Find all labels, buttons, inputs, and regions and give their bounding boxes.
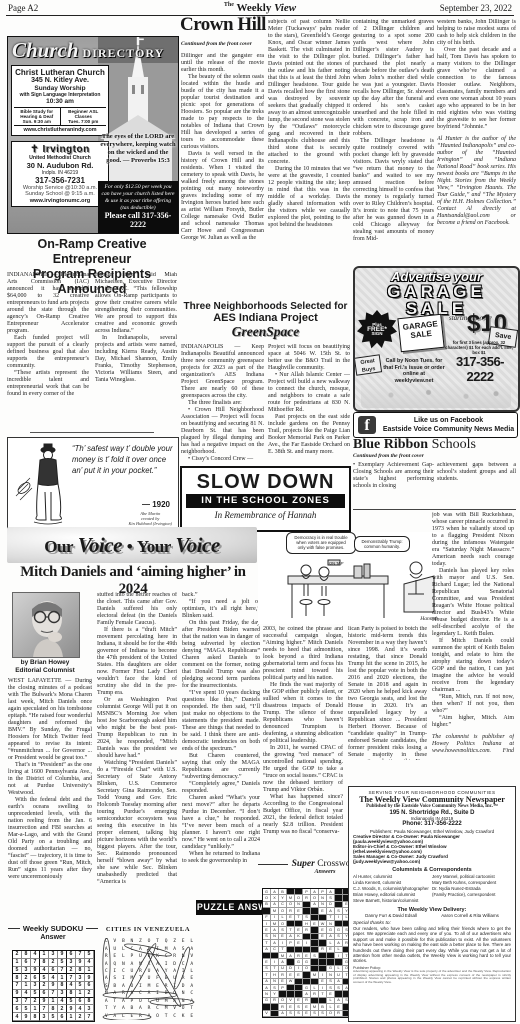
great-buys-sign: Great Buys bbox=[354, 354, 382, 375]
masthead-box: SERVING YOUR NEIGHBORHOOD COMMUNITIES Th… bbox=[348, 786, 516, 1022]
greenspace-col-1: INDIANAPOLIS — Keep Indianapolis Beautif… bbox=[181, 344, 264, 463]
slow-down-psa: SLOW DOWN IN THE SCHOOL ZONES In Remembr… bbox=[180, 466, 351, 532]
church-url: www.irvingtonumc.org bbox=[14, 198, 106, 204]
irvington-logo: ✝ Irvington bbox=[14, 144, 106, 155]
greenspace-headline: Three Neighborhoods Selected for AES Ind… bbox=[180, 301, 351, 340]
daniels-col-2: stuffed into the nether reaches of the c… bbox=[97, 592, 177, 906]
nameplate-view: View bbox=[274, 2, 296, 14]
facebook-text: Like us on Facebook Eastside Voice Commu… bbox=[380, 416, 517, 434]
nameplate-weekly: Weekly bbox=[236, 2, 271, 14]
ad-phone-number: 317-356-2222 bbox=[443, 354, 517, 384]
greenspace-col-2: Project will focus on beautifying space … bbox=[268, 344, 350, 463]
blue-ribbon-title: Blue Ribbon Schools bbox=[353, 437, 516, 453]
service-2: Sunday School @ 9:15 a.m. bbox=[14, 191, 106, 197]
abe-martin-quote: “Th’ safest way t’ double your money is … bbox=[72, 443, 174, 476]
on-tap-sign: ON TAP bbox=[329, 561, 344, 566]
worship-line: Sunday Worship bbox=[14, 85, 106, 92]
daniels-col-3: back.”“If you need a jolt of optimism, i… bbox=[182, 592, 260, 882]
speech-bubble-2: Demonstrably Trump: common humanity. bbox=[354, 536, 410, 552]
church-address: 30 N. Audubon Rd. bbox=[14, 161, 106, 170]
editorial-cartoon: ON TAP Democracy is in real trouble when… bbox=[258, 532, 444, 624]
masthead-phone: Phone: 317-356-2222 bbox=[353, 821, 511, 827]
masthead-title: The Weekly View Community Newspaper bbox=[353, 795, 511, 804]
columnists-left: Al Hunter, columnistLinda Kennett, colum… bbox=[353, 874, 432, 904]
church-listing-irvington-umc: ✝ Irvington United Methodist Church 30 N… bbox=[11, 141, 109, 207]
nameplate-the: The bbox=[224, 2, 234, 8]
abe-martin-cartoon-box: “Th’ safest way t’ double your money is … bbox=[7, 437, 179, 530]
brian-howey-photo bbox=[12, 592, 80, 658]
crowd-art bbox=[361, 382, 511, 408]
section-rule bbox=[30, 432, 154, 433]
crown-hill-col-1: Dillinger and the gangster era until the… bbox=[181, 53, 264, 301]
daniels-col-6-text: job was with Bill Ruckelshaus, whose car… bbox=[432, 512, 514, 729]
daniels-col-4: 2003, he coined the phrase and successfu… bbox=[263, 626, 343, 858]
columnist-tagline: The columnist is publisher of Howey Poli… bbox=[432, 734, 514, 752]
issue-date: September 23, 2022 bbox=[440, 3, 512, 13]
classes-cell-2: Beginner ASL ClassesTues. 7:00 pm bbox=[61, 108, 107, 125]
blue-ribbon-continued: Continued from the front cover bbox=[353, 453, 516, 459]
daniels-col-6: job was with Bill Ruckelshaus, whose car… bbox=[432, 512, 514, 752]
onramp-col-2: Hoosier state,” said Miah Michaelsen, Ex… bbox=[95, 272, 177, 430]
classes-table: Bible Study for Hearing & DeafSun. 9:30 … bbox=[14, 107, 106, 126]
columnists-columns: Al Hunter, columnistLinda Kennett, colum… bbox=[353, 874, 511, 904]
garage-sale-ad: Advertise your GARAGE SALE Plus FREE* SI… bbox=[353, 266, 520, 412]
directory-word: DIRECTORY bbox=[83, 46, 165, 60]
call-instructions: Call by Noon Tues. for that Fri.’s issue… bbox=[383, 358, 445, 384]
blue-ribbon-col-1: • Exemplary Achievement Gap-Closing Scho… bbox=[353, 462, 434, 508]
our-voice-banner: Our Voice • Your Voice bbox=[7, 527, 257, 563]
sudoku-header: Weekly SUDOKU Answer bbox=[8, 924, 98, 941]
author-bio: Al Hunter is the author of the “Haunted … bbox=[437, 136, 516, 227]
columnists-right: Jerry Mannel, political cartoonistMary B… bbox=[432, 874, 511, 904]
masthead-owner-1: Creative Director & Co-Owner: Paula Nice… bbox=[353, 834, 511, 844]
crown-hill-col-3: containing the unmarked graves of 2 Dill… bbox=[353, 19, 434, 261]
onramp-col-1: INDIANAPOLIS — The Indiana Arts Commissi… bbox=[7, 272, 89, 430]
church-word: Church bbox=[12, 38, 79, 62]
church-url: www.christlutheranindy.com bbox=[14, 126, 106, 133]
speech-bubble-1: Democracy is in real trouble when voters… bbox=[286, 532, 356, 554]
greenspace-wordmark: GreenSpace bbox=[232, 324, 300, 339]
daniels-col-1: WEST LAFAYETTE — During the closing minu… bbox=[8, 678, 92, 924]
delivery-names: Danny Furr & David Edsall Aaron Cornell … bbox=[353, 913, 511, 918]
yard-sign: GARAGE SALE bbox=[397, 314, 444, 352]
policy-text: Advertising appearing in the Weekly View… bbox=[353, 970, 511, 985]
daniels-byline: by Brian Howey Editorial Columnist bbox=[4, 659, 86, 675]
church-ad-cta: For only $12.50 per week you can have yo… bbox=[98, 181, 178, 233]
crown-hill-col-4: western banks, John Dillinger is helping… bbox=[437, 19, 516, 261]
wordsearch-answer-grid: CVBNZOTQZELAULCABIMASARELPUOKCRNVAQNAMXA… bbox=[102, 938, 196, 1020]
newspaper-page: { "page_header": { "left": "Page A2", "c… bbox=[0, 0, 520, 1024]
crown-hill-col-2: subjects of past column Nellie Meier (Tu… bbox=[268, 19, 350, 301]
quote-year: — 1920 bbox=[142, 500, 170, 509]
worship-time: 10:30 am bbox=[14, 98, 106, 105]
blue-ribbon-col-2: achievement gaps between a school’s stud… bbox=[437, 462, 516, 508]
masthead-owner-2: Editor-in-Chief & Co-Owner: Ethel Winslo… bbox=[353, 844, 511, 854]
columnists-header: Columnists & Correspondents bbox=[353, 867, 511, 873]
remembrance-line: In Remembrance of Hannah bbox=[182, 508, 349, 522]
church-directory-header: Church DIRECTORY bbox=[12, 38, 178, 63]
ad-fine-print: for first 3 lines (approx. 32 characters… bbox=[443, 340, 515, 355]
crown-hill-title: Crown Hill bbox=[180, 14, 270, 36]
church-phone: 317-356-7231 bbox=[14, 176, 106, 185]
classes-cell-1: Bible Study for Hearing & DeafSun. 9:30 … bbox=[14, 108, 61, 125]
onramp-article: INDIANAPOLIS — The Indiana Arts Commissi… bbox=[7, 272, 177, 430]
masthead-owner-3: Sales Manager & Co-Owner: Judy Crawford … bbox=[353, 854, 511, 864]
bible-verse: The eyes of the LORD are everywhere, kee… bbox=[100, 133, 176, 165]
abe-martin-drawing bbox=[10, 440, 70, 525]
quote-credit: Abe Martin created by Kin Hubbard (Irvin… bbox=[129, 511, 173, 526]
sudoku-answer-grid: 2841396751678253945394672818265417397132… bbox=[12, 950, 95, 1022]
facebook-icon: f bbox=[358, 416, 376, 434]
crown-hill-col-4-text: western banks, John Dillinger is helping… bbox=[437, 19, 516, 131]
daniels-col-5: lican Party is poised to botch the histo… bbox=[348, 626, 427, 760]
church-name: Christ Lutheran Church bbox=[14, 68, 106, 77]
masthead-publisher-line: Published by the Eastside Voice Communit… bbox=[353, 804, 511, 809]
wordsearch-title: CITIES IN VENEZUELA bbox=[96, 926, 200, 933]
church-address: 345 N. Kitley Ave. bbox=[14, 77, 106, 84]
slow-down-line: SLOW DOWN bbox=[182, 470, 349, 494]
crown-hill-continued: Continued from the front cover bbox=[181, 41, 271, 47]
school-zones-band: IN THE SCHOOL ZONES bbox=[186, 494, 345, 508]
church-directory-ad: Church DIRECTORY Christ Lutheran Church … bbox=[7, 36, 179, 234]
facebook-strip: f Like us on Facebook Eastside Voice Com… bbox=[353, 412, 518, 438]
church-listing-christ-lutheran: Christ Lutheran Church 345 N. Kitley Ave… bbox=[11, 65, 109, 136]
section-rule bbox=[353, 509, 516, 510]
thanks-text: Our readers, who have been calling and t… bbox=[353, 926, 511, 964]
cta-phone: Please call 317-356-2222 bbox=[105, 211, 172, 229]
